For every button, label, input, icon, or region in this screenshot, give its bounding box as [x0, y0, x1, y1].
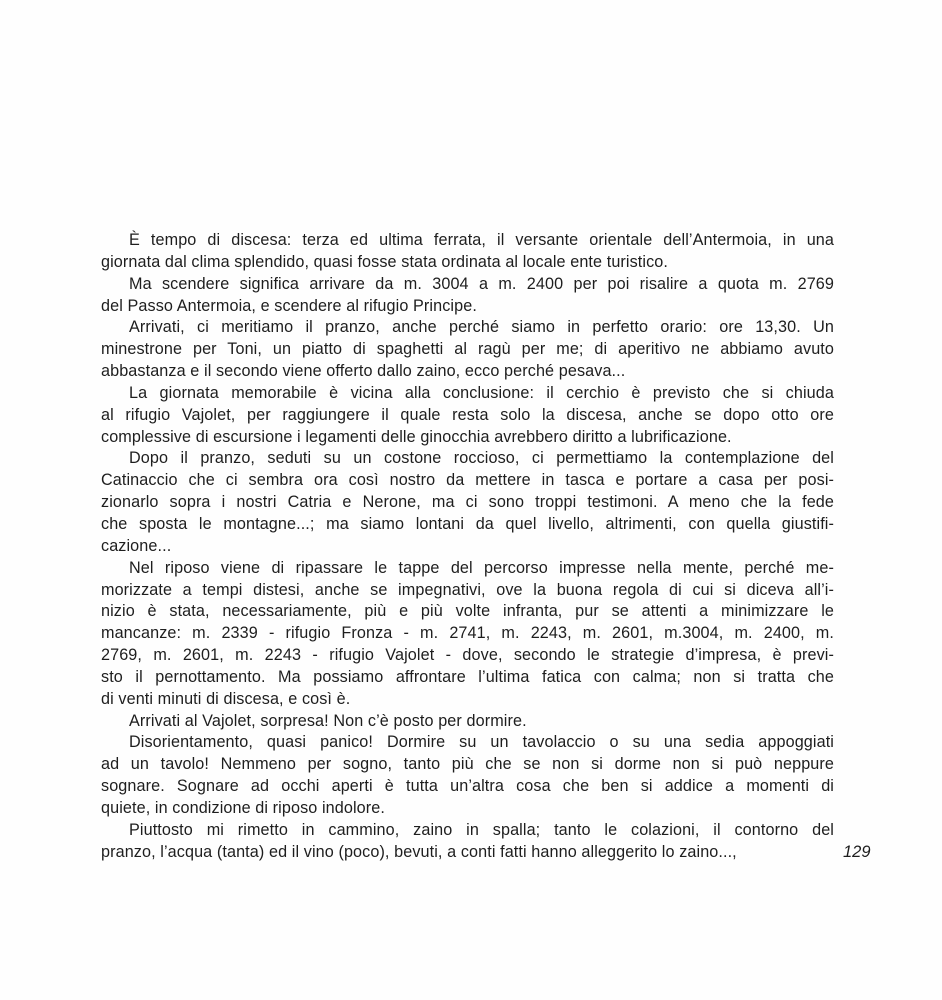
text-line: Arrivati al Vajolet, sorpresa! Non c’è p… — [101, 711, 834, 733]
paragraph: Nel riposo viene di ripassare le tappe d… — [101, 558, 834, 711]
text-line: nizio è stata, necessariamente, più e pi… — [101, 601, 834, 623]
text-line: Piuttosto mi rimetto in cammino, zaino i… — [101, 820, 834, 842]
text-line: Ma scendere significa arrivare da m. 300… — [101, 274, 834, 296]
text-line: Arrivati, ci meritiamo il pranzo, anche … — [101, 317, 834, 339]
paragraph: Arrivati al Vajolet, sorpresa! Non c’è p… — [101, 711, 834, 733]
text-line: quiete, in condizione di riposo indolore… — [101, 798, 834, 820]
text-line: Catinaccio che ci sembra ora così nostro… — [101, 470, 834, 492]
text-line: giornata dal clima splendido, quasi foss… — [101, 252, 834, 274]
text-block: È tempo di discesa: terza ed ultima ferr… — [101, 230, 834, 863]
text-line: del Passo Antermoia, e scendere al rifug… — [101, 296, 834, 318]
text-line: ad un tavolo! Nemmeno per sogno, tanto p… — [101, 754, 834, 776]
text-line: 2769, m. 2601, m. 2243 - rifugio Vajolet… — [101, 645, 834, 667]
text-line: che sposta le montagne...; ma siamo lont… — [101, 514, 834, 536]
text-line: È tempo di discesa: terza ed ultima ferr… — [101, 230, 834, 252]
text-line: cazione... — [101, 536, 834, 558]
text-line: La giornata memorabile è vicina alla con… — [101, 383, 834, 405]
paragraph: Piuttosto mi rimetto in cammino, zaino i… — [101, 820, 834, 864]
paragraph: La giornata memorabile è vicina alla con… — [101, 383, 834, 449]
text-line: minestrone per Toni, un piatto di spaghe… — [101, 339, 834, 361]
text-line: Dopo il pranzo, seduti su un costone roc… — [101, 448, 834, 470]
text-line: sto il pernottamento. Ma possiamo affron… — [101, 667, 834, 689]
text-line: Disorientamento, quasi panico! Dormire s… — [101, 732, 834, 754]
page-number: 129 — [843, 843, 871, 862]
text-line: morizzate a tempi distesi, anche se impe… — [101, 580, 834, 602]
paragraph: Ma scendere significa arrivare da m. 300… — [101, 274, 834, 318]
text-line: abbastanza e il secondo viene offerto da… — [101, 361, 834, 383]
text-line: zionarlo sopra i nostri Catria e Nerone,… — [101, 492, 834, 514]
paragraph: Dopo il pranzo, seduti su un costone roc… — [101, 448, 834, 557]
paragraph: È tempo di discesa: terza ed ultima ferr… — [101, 230, 834, 274]
paragraph: Arrivati, ci meritiamo il pranzo, anche … — [101, 317, 834, 383]
text-line: di venti minuti di discesa, e così è. — [101, 689, 834, 711]
paragraph: Disorientamento, quasi panico! Dormire s… — [101, 732, 834, 819]
text-line: mancanze: m. 2339 - rifugio Fronza - m. … — [101, 623, 834, 645]
text-line: Nel riposo viene di ripassare le tappe d… — [101, 558, 834, 580]
book-page: È tempo di discesa: terza ed ultima ferr… — [0, 0, 942, 1000]
text-line: complessive di escursione i legamenti de… — [101, 427, 834, 449]
text-line: sognare. Sognare ad occhi aperti è tutta… — [101, 776, 834, 798]
text-line: pranzo, l’acqua (tanta) ed il vino (poco… — [101, 842, 834, 864]
text-line: al rifugio Vajolet, per raggiungere il q… — [101, 405, 834, 427]
